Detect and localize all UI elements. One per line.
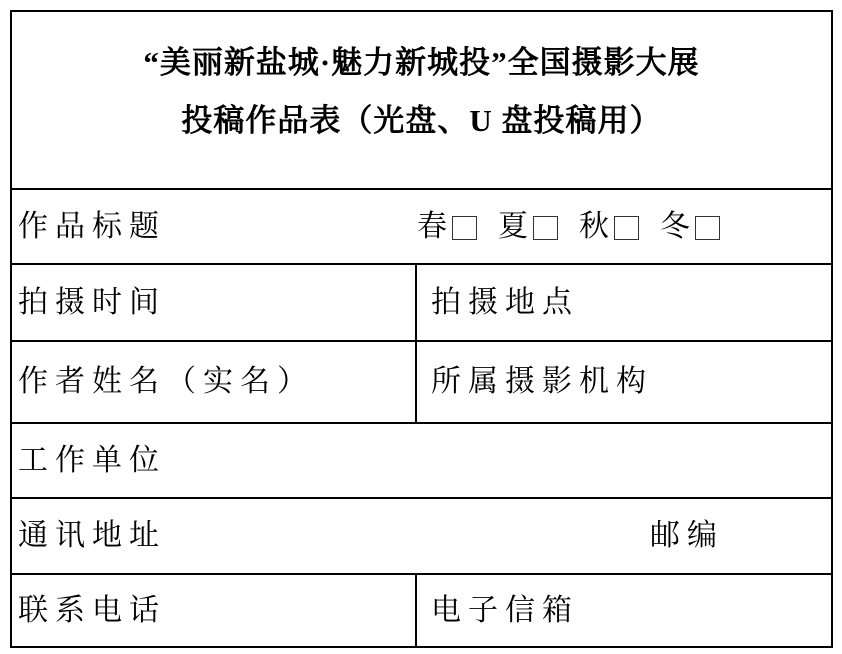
row-work-unit: 工作单位 — [12, 422, 831, 497]
shoot-time-input-area[interactable] — [166, 265, 415, 340]
season-spring-checkbox[interactable] — [452, 216, 477, 240]
work-unit-input-area[interactable] — [166, 424, 831, 497]
shoot-location-label: 拍摄地点 — [425, 288, 579, 318]
author-name-cell: 作者姓名（实名） — [12, 342, 415, 422]
season-winter-checkbox[interactable] — [695, 216, 720, 240]
photography-org-label: 所属摄影机构 — [425, 367, 653, 397]
season-autumn-checkbox[interactable] — [614, 216, 639, 240]
email-input-area[interactable] — [579, 575, 831, 646]
contact-phone-input-area[interactable] — [166, 575, 415, 646]
author-name-input-area[interactable] — [314, 342, 415, 422]
row-author-org: 作者姓名（实名） 所属摄影机构 — [12, 340, 831, 422]
email-cell: 电子信箱 — [415, 575, 831, 646]
shoot-location-cell: 拍摄地点 — [415, 265, 831, 340]
season-option-summer: 夏 — [498, 212, 558, 242]
row-phone-email: 联系电话 电子信箱 — [12, 573, 831, 646]
season-options: 春 夏 秋 冬 — [417, 190, 720, 263]
contact-phone-label: 联系电话 — [12, 596, 166, 626]
form-title-cell: “美丽新盐城·魅力新城投”全国摄影大展 投稿作品表（光盘、U 盘投稿用） — [12, 12, 831, 188]
season-summer-checkbox[interactable] — [533, 216, 558, 240]
form-title-line2: 投稿作品表（光盘、U 盘投稿用） — [181, 101, 661, 140]
postal-code-label: 邮编 — [650, 521, 724, 551]
row-shoot-time-location: 拍摄时间 拍摄地点 — [12, 263, 831, 340]
artwork-title-label: 作品标题 — [12, 212, 166, 242]
form-title-line1: “美丽新盐城·魅力新城投”全国摄影大展 — [143, 43, 699, 82]
email-label: 电子信箱 — [425, 596, 579, 626]
shoot-time-label: 拍摄时间 — [12, 288, 166, 318]
season-winter-label: 冬 — [660, 212, 690, 242]
submission-form-table: “美丽新盐城·魅力新城投”全国摄影大展 投稿作品表（光盘、U 盘投稿用） 作品标… — [10, 10, 833, 648]
season-option-winter: 冬 — [660, 212, 720, 242]
mailing-address-label: 通讯地址 — [12, 521, 166, 551]
mailing-address-input-area[interactable] — [166, 499, 831, 573]
author-name-label: 作者姓名（实名） — [12, 367, 314, 397]
season-autumn-label: 秋 — [579, 212, 609, 242]
shoot-location-input-area[interactable] — [579, 265, 831, 340]
work-unit-label: 工作单位 — [12, 446, 166, 476]
season-spring-label: 春 — [417, 212, 447, 242]
row-mailing-address: 通讯地址 邮编 — [12, 497, 831, 573]
season-option-autumn: 秋 — [579, 212, 639, 242]
season-summer-label: 夏 — [498, 212, 528, 242]
shoot-time-cell: 拍摄时间 — [12, 265, 415, 340]
photography-org-cell: 所属摄影机构 — [415, 342, 831, 422]
row-artwork-title: 作品标题 春 夏 秋 冬 — [12, 188, 831, 263]
contact-phone-cell: 联系电话 — [12, 575, 415, 646]
season-option-spring: 春 — [417, 212, 477, 242]
photography-org-input-area[interactable] — [653, 342, 831, 422]
